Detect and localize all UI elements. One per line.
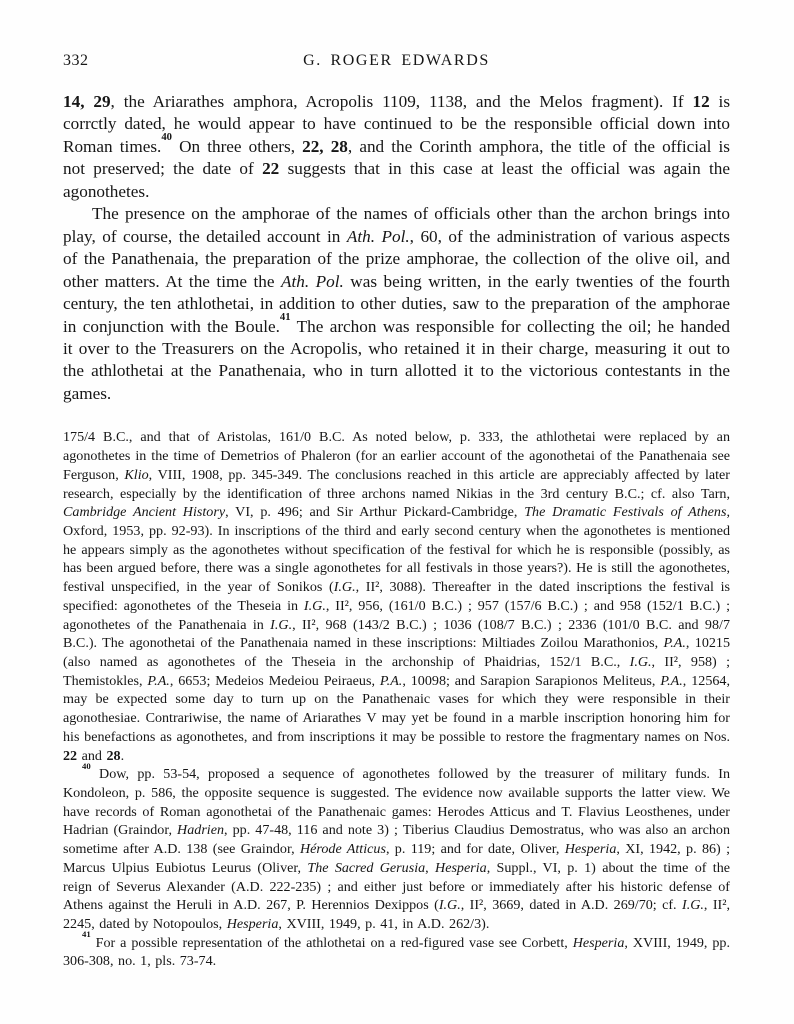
footnote-41: 41 For a possible representation of the … bbox=[63, 934, 730, 971]
page-header: 332 G. ROGER EDWARDS bbox=[63, 52, 730, 74]
footnotes-block: 175/4 B.C., and that of Aristolas, 161/0… bbox=[63, 428, 730, 971]
main-text-block: 14, 29, the Ariarathes amphora, Acropoli… bbox=[63, 91, 730, 405]
body-paragraph: The presence on the amphorae of the name… bbox=[63, 203, 730, 405]
footnote-continuation: 175/4 B.C., and that of Aristolas, 161/0… bbox=[63, 428, 730, 765]
body-paragraph: 14, 29, the Ariarathes amphora, Acropoli… bbox=[63, 91, 730, 203]
running-head: G. ROGER EDWARDS bbox=[63, 52, 730, 70]
footnote-40: 40 Dow, pp. 53-54, proposed a sequence o… bbox=[63, 765, 730, 933]
scanned-paper-page: 332 G. ROGER EDWARDS 14, 29, the Ariarat… bbox=[0, 0, 794, 1024]
